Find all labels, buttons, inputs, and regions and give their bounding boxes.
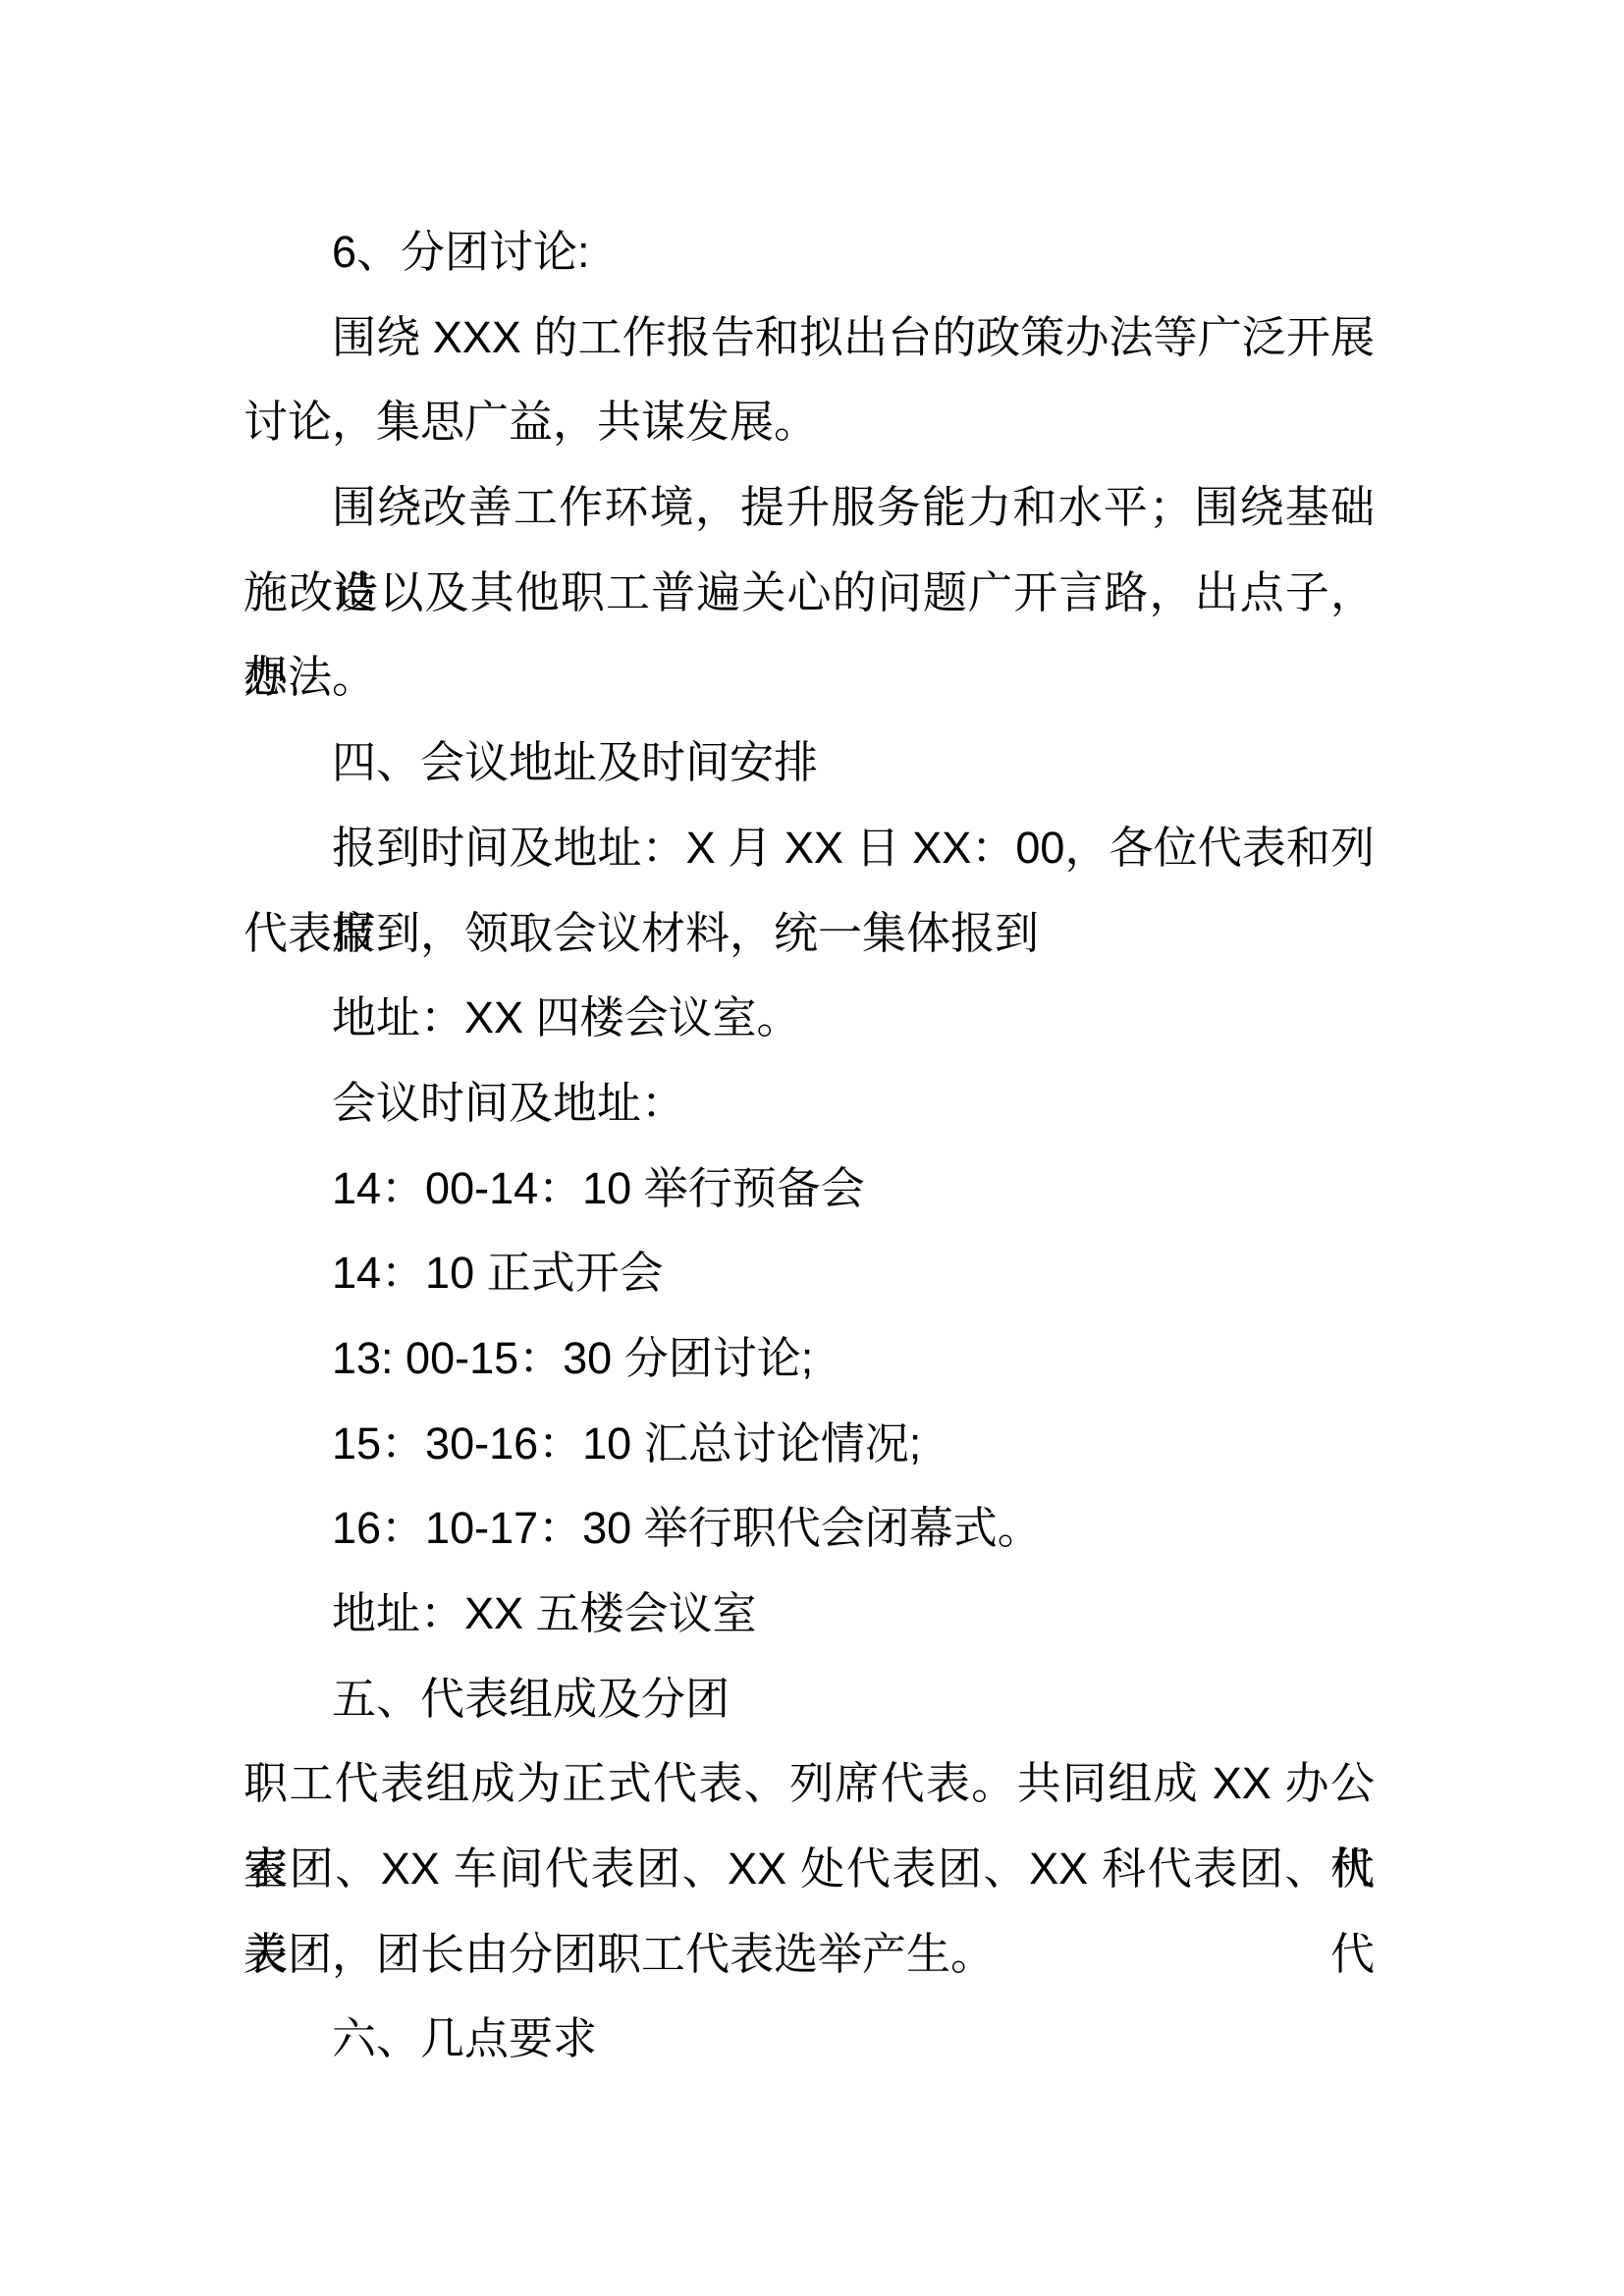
text-line: 表团、XX 车间代表团、XX 处代表团、XX 科代表团、机关代 [244, 1827, 1375, 1912]
text-line: 6、分团讨论: [244, 210, 1375, 295]
text-line: 办法。 [244, 635, 1375, 721]
document-page: 6、分团讨论:围绕 XXX 的工作报告和拟出台的政策办法等广泛开展讨论，集思广益… [0, 0, 1624, 2296]
text-line: 16：10-17：30 举行职代会闭幕式。 [244, 1486, 1375, 1572]
text-line: 施改造以及其他职工普遍关心的问题广开言路，出点子，想 [244, 551, 1375, 636]
text-line: 地址：XX 四楼会议室。 [244, 976, 1375, 1061]
text-line: 五、代表组成及分团 [244, 1657, 1375, 1742]
text-line: 15：30-16：10 汇总讨论情况; [244, 1402, 1375, 1487]
text-line: 六、几点要求 [244, 1997, 1375, 2082]
document-text-block: 6、分团讨论:围绕 XXX 的工作报告和拟出台的政策办法等广泛开展讨论，集思广益… [244, 210, 1375, 2082]
text-line: 围绕改善工作环境，提升服务能力和水平；围绕基础设 [244, 465, 1375, 551]
text-line: 会议时间及地址： [244, 1061, 1375, 1147]
text-line: 职工代表组成为正式代表、列席代表。共同组成 XX 办公室代 [244, 1741, 1375, 1827]
text-line: 讨论，集思广益，共谋发展。 [244, 380, 1375, 465]
text-line: 围绕 XXX 的工作报告和拟出台的政策办法等广泛开展 [244, 295, 1375, 381]
text-line: 14：00-14：10 举行预备会 [244, 1147, 1375, 1232]
text-line: 14：10 正式开会 [244, 1231, 1375, 1316]
text-line: 报到时间及地址：X 月 XX 日 XX：00，各位代表和列席 [244, 806, 1375, 891]
text-line: 四、会议地址及时间安排 [244, 721, 1375, 806]
text-line: 地址：XX 五楼会议室 [244, 1572, 1375, 1657]
text-line: 代表报到，领取会议材料，统一集体报到 [244, 891, 1375, 977]
text-line: 13: 00-15：30 分团讨论; [244, 1316, 1375, 1402]
